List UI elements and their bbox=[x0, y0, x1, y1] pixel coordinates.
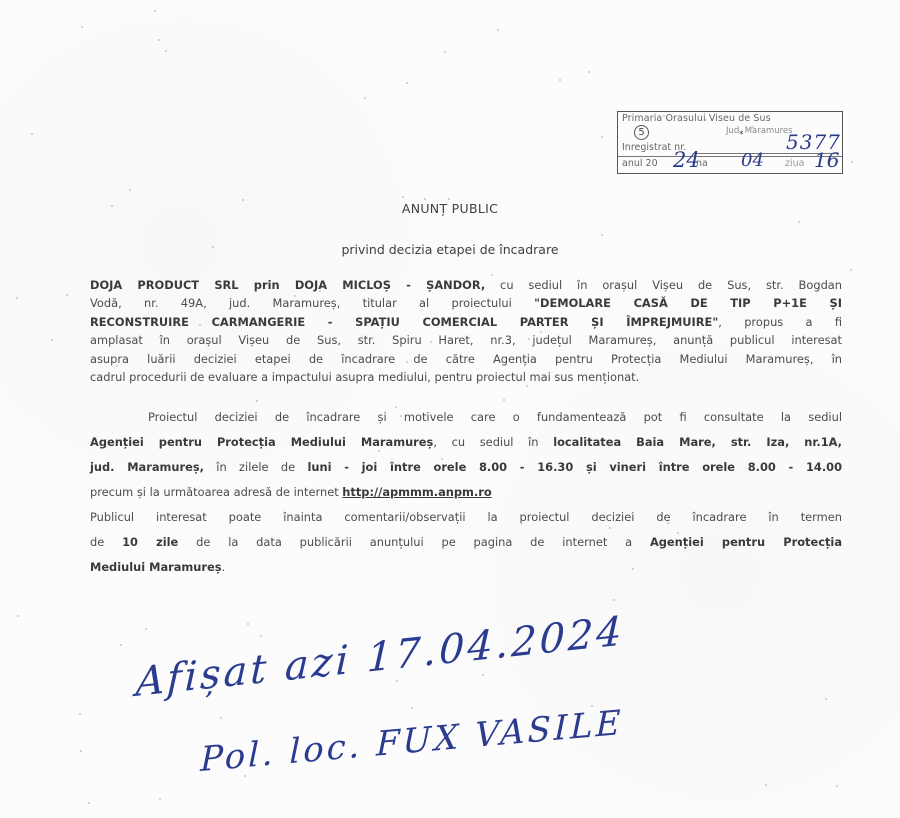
paragraph-line: de 10 zile de la data publicării anunțul… bbox=[90, 530, 842, 555]
bold-text: jud. Maramureș, bbox=[90, 460, 204, 474]
paragraph-line: RECONSTRUIRE CARMANGERIE - SPAȚIU COMERC… bbox=[90, 313, 842, 331]
scanned-document-page: Primaria Orasului Viseu de Sus 5 * Jud. … bbox=[0, 0, 900, 818]
paragraph-line: DOJA PRODUCT SRL prin DOJA MICLOȘ - ȘAND… bbox=[90, 276, 842, 294]
text: cu sediul în orașul Vișeu de Sus, str. B… bbox=[485, 278, 842, 292]
stamp-divider bbox=[618, 156, 842, 157]
paragraph-line: Mediului Maramureș. bbox=[90, 555, 842, 580]
paragraph-line: amplasat în orașul Vișeu de Sus, str. Sp… bbox=[90, 331, 842, 349]
document-title: ANUNȚ PUBLIC bbox=[0, 201, 900, 216]
handwritten-posting-note: Afișat azi 17.04.2024 bbox=[135, 608, 625, 706]
stamp-month: 04 bbox=[741, 152, 764, 170]
stamp-institution: Primaria Orasului Viseu de Sus bbox=[622, 114, 771, 124]
text: de la data publicării anunțului pe pagin… bbox=[178, 535, 650, 549]
paragraph-line: jud. Maramureș, în zilele de luni - joi … bbox=[90, 455, 842, 480]
stamp-day: 16 bbox=[814, 150, 839, 170]
paragraph-line: Proiectul deciziei de încadrare și motiv… bbox=[90, 405, 842, 430]
bold-text: Agenției pentru Protecția Mediului Maram… bbox=[90, 435, 433, 449]
bold-text: RECONSTRUIRE CARMANGERIE - SPAȚIU COMERC… bbox=[90, 315, 718, 329]
text: precum și la următoarea adresă de intern… bbox=[90, 485, 342, 499]
text: , propus a fi bbox=[718, 315, 842, 329]
bold-text: luni - joi între orele 8.00 - 16.30 și v… bbox=[308, 460, 843, 474]
stamp-year-label: anul 20 bbox=[622, 159, 658, 169]
bold-text: DOJA PRODUCT SRL prin DOJA MICLOȘ - ȘAND… bbox=[90, 278, 485, 292]
text: în zilele de bbox=[204, 460, 308, 474]
paragraph-line: Publicul interesat poate înainta comenta… bbox=[90, 505, 842, 530]
text: , cu sediul în bbox=[433, 435, 553, 449]
text: asupra luării deciziei etapei de încadra… bbox=[90, 352, 842, 366]
bold-text: Agenției pentru Protecția bbox=[650, 535, 842, 549]
bold-text: "DEMOLARE CASĂ DE TIP P+1E ȘI bbox=[534, 296, 842, 310]
stamp-month-label: na bbox=[696, 159, 708, 169]
announcement-paragraph-1: DOJA PRODUCT SRL prin DOJA MICLOȘ - ȘAND… bbox=[90, 276, 842, 386]
registration-stamp: Primaria Orasului Viseu de Sus 5 * Jud. … bbox=[617, 111, 843, 174]
document-subtitle: privind decizia etapei de încadrare bbox=[0, 242, 900, 257]
text: . bbox=[222, 560, 226, 574]
paragraph-line: Vodă, nr. 49A, jud. Maramureș, titular a… bbox=[90, 294, 842, 312]
text: Proiectul deciziei de încadrare și motiv… bbox=[148, 410, 842, 424]
bold-text: Mediului Maramureș bbox=[90, 560, 222, 574]
paragraph-line: asupra luării deciziei etapei de încadra… bbox=[90, 350, 842, 368]
handwritten-signature: Pol. loc. FUX VASILE bbox=[200, 703, 624, 780]
stamp-county: Jud. Maramures bbox=[726, 127, 793, 136]
paragraph-line: precum și la următoarea adresă de intern… bbox=[90, 480, 842, 505]
stamp-circle-number: 5 bbox=[634, 125, 649, 140]
text: Publicul interesat poate înainta comenta… bbox=[90, 510, 842, 524]
bold-text: 10 zile bbox=[122, 535, 178, 549]
website-link[interactable]: http://apmmm.anpm.ro bbox=[342, 485, 491, 499]
text: cadrul procedurii de evaluare a impactul… bbox=[90, 370, 639, 384]
stamp-day-label: ziua bbox=[785, 159, 804, 169]
paragraph-line: Agenției pentru Protecția Mediului Maram… bbox=[90, 430, 842, 455]
text: amplasat în orașul Vișeu de Sus, str. Sp… bbox=[90, 333, 842, 347]
bold-text: localitatea Baia Mare, str. Iza, nr.1A, bbox=[553, 435, 842, 449]
paragraph-line: cadrul procedurii de evaluare a impactul… bbox=[90, 368, 842, 386]
text: Vodă, nr. 49A, jud. Maramureș, titular a… bbox=[90, 296, 534, 310]
announcement-paragraph-2: Proiectul deciziei de încadrare și motiv… bbox=[90, 405, 842, 580]
text: de bbox=[90, 535, 122, 549]
